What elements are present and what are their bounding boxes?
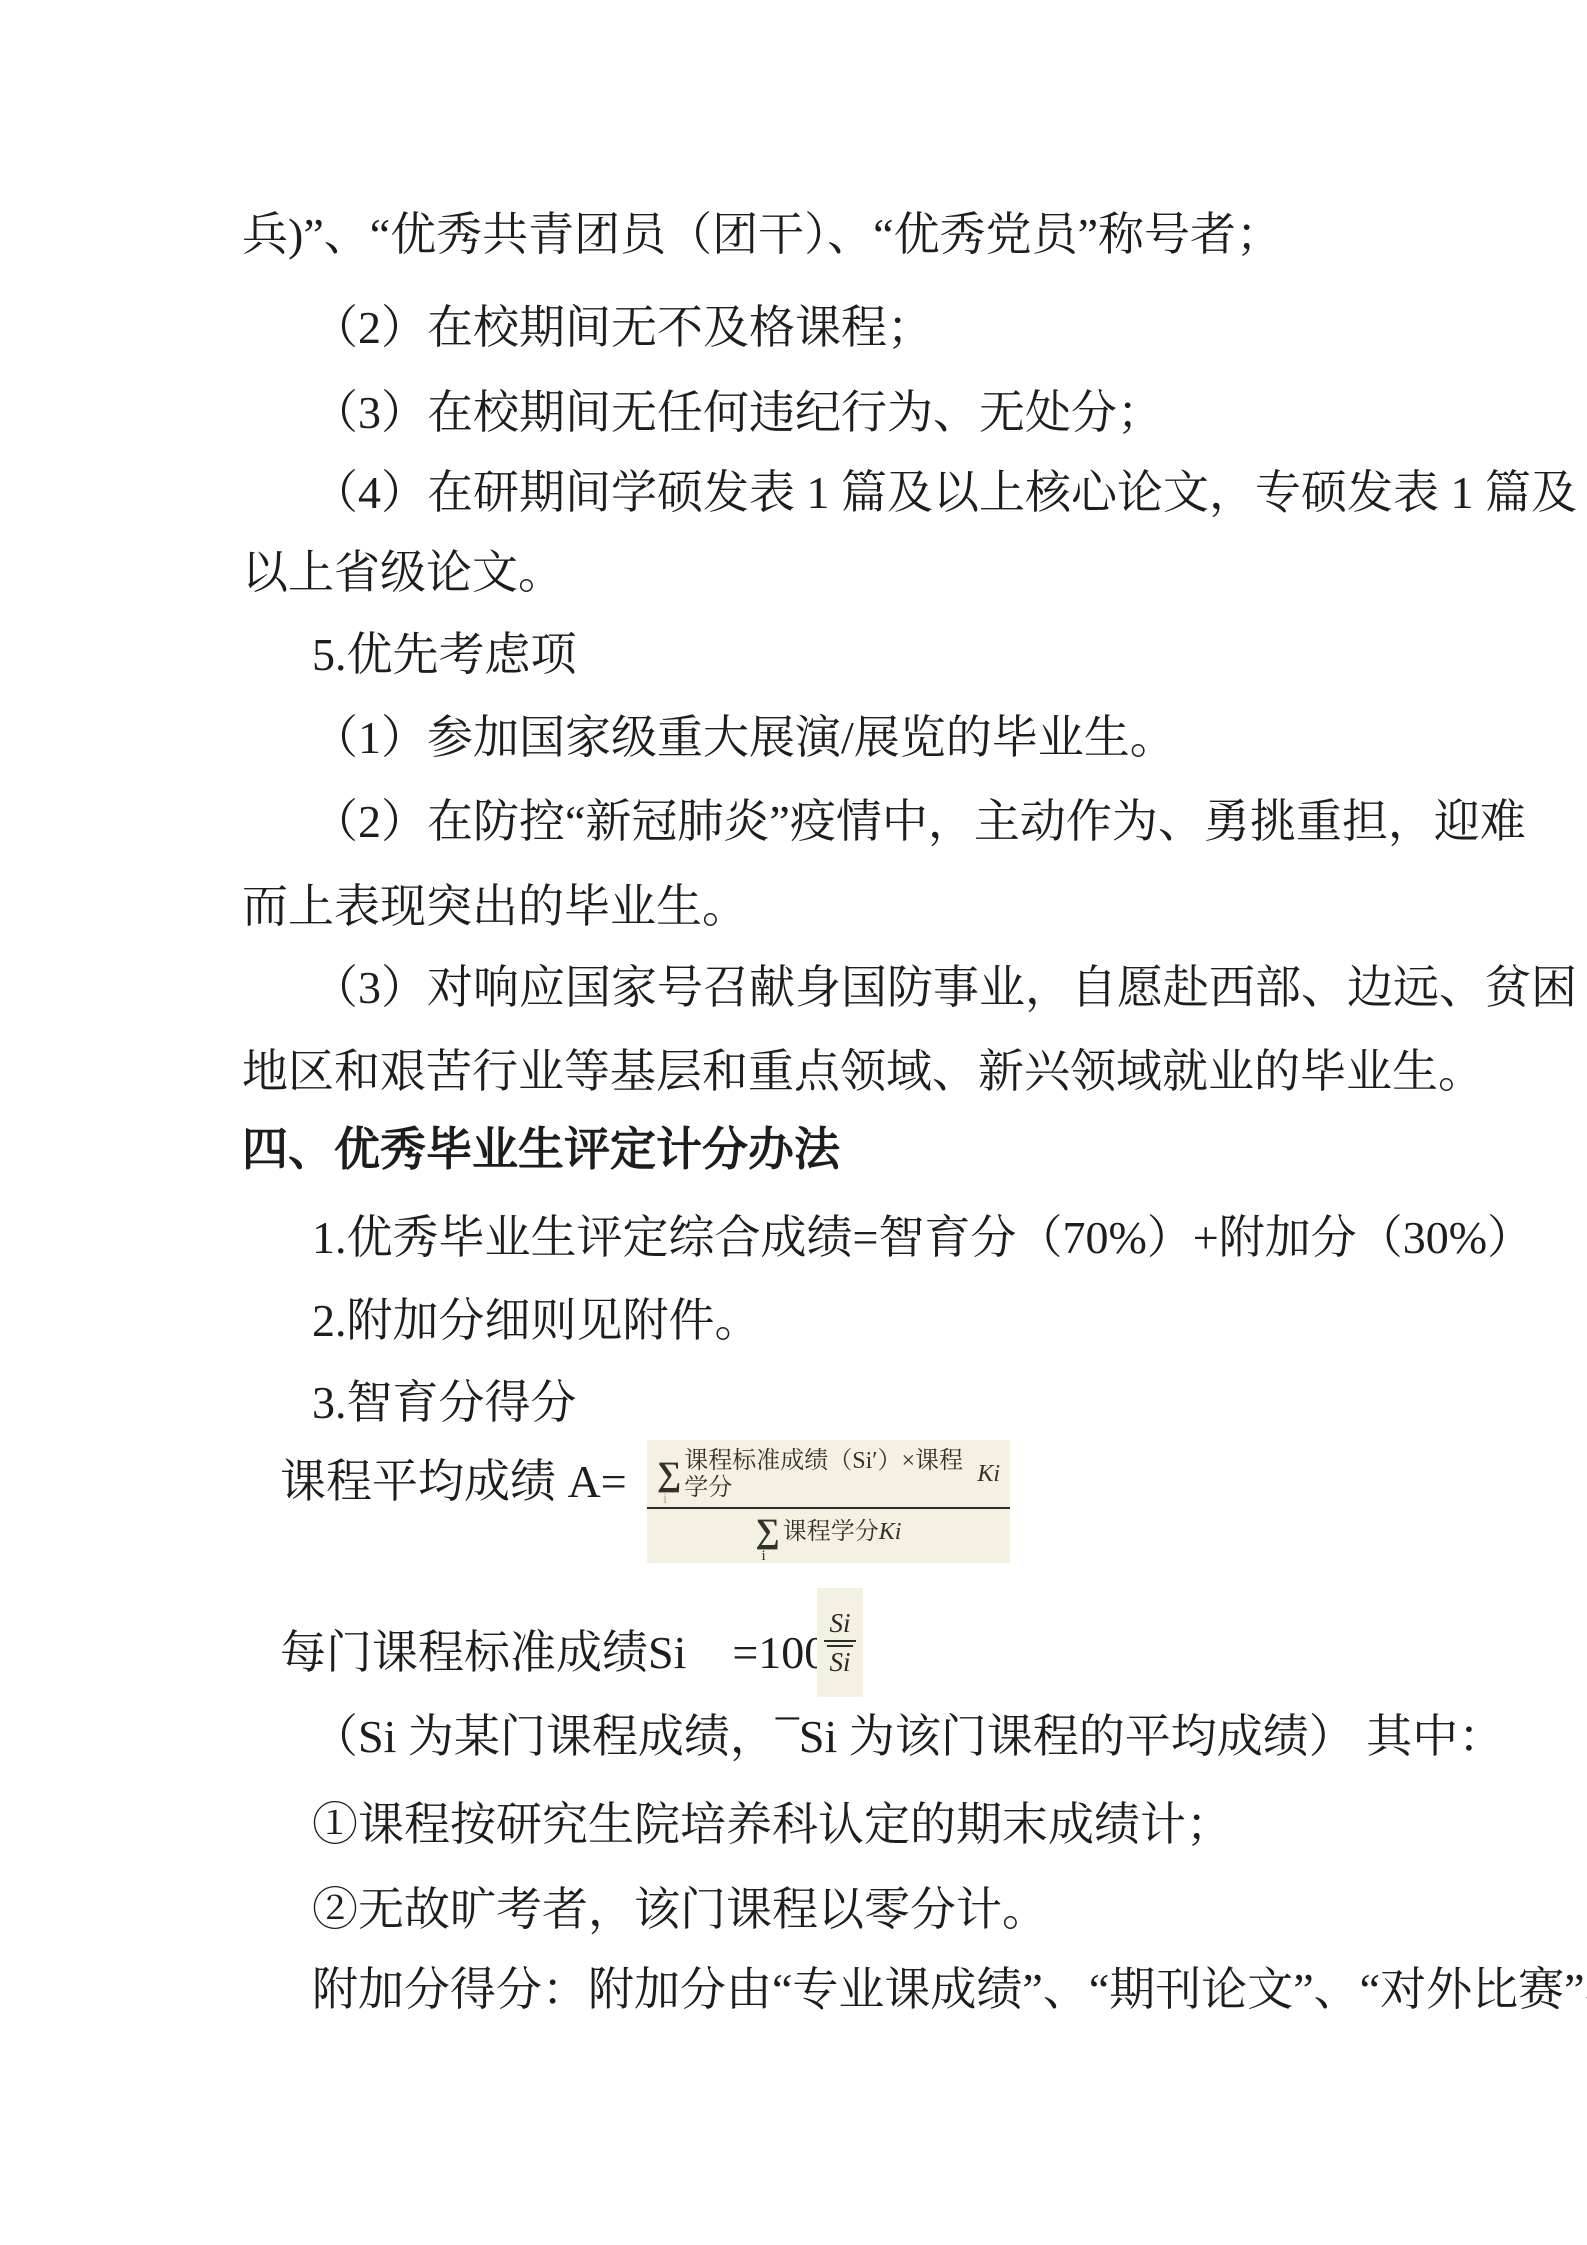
doc-line: 1.优秀毕业生评定综合成绩=智育分（70%）+附加分（30%） (312, 1209, 1533, 1267)
doc-line: ①课程按研究生院培养科认定的期末成绩计； (312, 1796, 1232, 1854)
doc-line: （1）参加国家级重大展演/展览的毕业生。 (312, 709, 1176, 767)
doc-line: （3）在校期间无任何违纪行为、无处分； (312, 384, 1163, 442)
doc-line: 3.智育分得分 (312, 1374, 577, 1432)
formula-average-image: ∑i 课程标准成绩（Si′）×课程学分Ki ∑i 课程学分Ki (647, 1440, 1010, 1563)
doc-line: 而上表现突出的毕业生。 (242, 878, 748, 936)
formula-standard-lead: 每门课程标准成绩Si =100× (280, 1624, 853, 1682)
doc-line: 5.优先考虑项 (312, 626, 577, 684)
doc-line: 附加分得分：附加分由“专业课成绩”、“期刊论文”、“对外比赛”、 (312, 1961, 1587, 2019)
sigma-subscript: i (663, 1492, 667, 1507)
fraction-denominator-overbar: Si (827, 1645, 852, 1676)
doc-line: （4）在研期间学硕发表 1 篇及以上核心论文，专硕发表 1 篇及 (312, 464, 1577, 522)
doc-line: 兵)”、“优秀共青团员（团干）、“优秀党员”称号者； (242, 206, 1282, 264)
denominator-text: 课程学分 (783, 1519, 879, 1545)
document-page: 兵)”、“优秀共青团员（团干）、“优秀党员”称号者； （2）在校期间无不及格课程… (0, 0, 1587, 2245)
formula-average-lead: 课程平均成绩 A= (280, 1453, 627, 1511)
formula-standard-image: Si Si (817, 1588, 863, 1697)
sigma-subscript: i (762, 1549, 766, 1564)
formula-average-denominator: ∑i 课程学分Ki (746, 1509, 912, 1563)
numerator-text: 课程标准成绩（Si′）×课程学分 (684, 1448, 977, 1501)
doc-line: ②无故旷考者，该门课程以零分计。 (312, 1881, 1048, 1939)
sigma-symbol: ∑i (756, 1515, 780, 1549)
numerator-variable: Ki (977, 1461, 1000, 1487)
formula-average-numerator: ∑i 课程标准成绩（Si′）×课程学分Ki (647, 1440, 1010, 1509)
doc-line: 2.附加分细则见附件。 (312, 1292, 761, 1350)
doc-line: （2）在防控“新冠肺炎”疫情中，主动作为、勇挑重担，迎难 (312, 793, 1526, 851)
denominator-variable: Ki (879, 1519, 902, 1545)
doc-line: （2）在校期间无不及格课程； (312, 299, 933, 357)
fraction-numerator: Si (826, 1609, 853, 1640)
doc-line: （Si 为某门课程成绩，¯Si 为该门课程的平均成绩） 其中： (312, 1708, 1504, 1766)
sigma-symbol: ∑i (657, 1458, 681, 1492)
fraction-bar (824, 1640, 856, 1642)
doc-line: 以上省级论文。 (242, 544, 564, 602)
doc-line: （3）对响应国家号召献身国防事业，自愿赴西部、边远、贫困 (312, 959, 1577, 1017)
section-heading: 四、优秀毕业生评定计分办法 (242, 1121, 840, 1179)
doc-line: 地区和艰苦行业等基层和重点领域、新兴领域就业的毕业生。 (242, 1043, 1484, 1101)
